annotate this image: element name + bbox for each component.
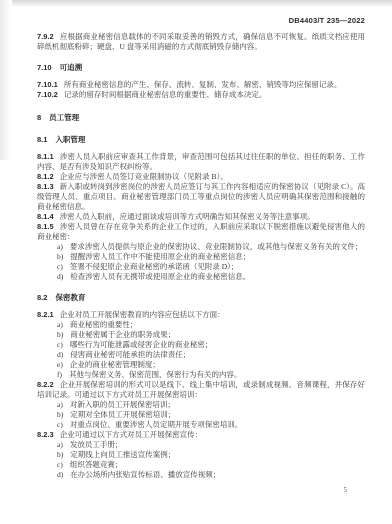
block-text: 涉密人员曾在存在竞争关系的企业工作过的，入职前应采取以下脱密措施以避免侵害他人的…	[37, 222, 365, 241]
list-item-letter: f)	[57, 370, 62, 379]
list-item-letter: a)	[57, 242, 63, 251]
clause-number: 7.9.2	[37, 32, 54, 41]
block-text: 对新入职的员工开展保密培训；	[70, 400, 175, 409]
list-item: b)定期对全体员工开展保密培训；	[37, 410, 365, 420]
list-item-letter: d)	[57, 470, 63, 479]
block-text: 检查涉密人员有无携带或使用原企业的商业秘密信息。	[70, 272, 250, 281]
block-text: 企业对员工开展保密教育的内容应包括以下方面：	[60, 310, 225, 319]
doc-code-header: DB4403/T 235—2022	[37, 16, 365, 25]
block-text: 其他与保密义务、保密范围、保密行为有关的内容。	[69, 370, 242, 379]
list-item-letter: c)	[57, 262, 63, 271]
list-item-letter: b)	[57, 330, 63, 339]
block-text: 员工管理	[49, 113, 79, 122]
block-text: 企业的商业秘密管理制度；	[70, 360, 160, 369]
list-item: e)企业的商业秘密管理制度；	[37, 360, 365, 370]
clause-number: 7.10.1	[37, 80, 58, 89]
list-item: a)对新入职的员工开展保密培训；	[37, 400, 365, 410]
list-item: c)对重点岗位、重要涉密人员定期开展专项保密培训。	[37, 420, 365, 430]
heading-8.2: 8.2保密教育	[37, 293, 365, 303]
page-body: DB4403/T 235—2022 7.9.2应根据商业秘密信息载体的不同采取妥…	[10, 6, 392, 480]
block-text: 定期线上向员工推送宣传案例；	[70, 450, 175, 459]
clause-8.2.2: 8.2.2企业开展保密培训的形式可以是线下、线上集中培训，或录制成视频、音频课程…	[37, 380, 365, 400]
clause-number: 7.10	[37, 63, 52, 72]
clause-number: 8.1	[37, 135, 47, 144]
block-text: 侵害商业秘密可能承担的法律责任；	[70, 350, 190, 359]
block-text: 签署不侵犯原企业商业秘密的承诺函（见附录 D）；	[70, 262, 239, 271]
clause-8.2.1: 8.2.1企业对员工开展保密教育的内容应包括以下方面：	[37, 310, 365, 320]
list-item-letter: c)	[57, 340, 63, 349]
list-item-letter: d)	[57, 272, 63, 281]
list-item: b)提醒涉密人员工作中不能使用原企业的商业秘密信息；	[37, 252, 365, 262]
block-text: 商业秘密属于企业的职务成果；	[70, 330, 175, 339]
list-item: a)商业秘密的重要性；	[37, 320, 365, 330]
clause-8.1.4: 8.1.4涉密人员入职前，应通过面谈或培训等方式明确告知其保密义务等注意事项。	[37, 212, 365, 222]
clause-8.1.3: 8.1.3新入职或转岗到涉密岗位的涉密人员应签订与其工作内容相适应的保密协议（见…	[37, 182, 365, 212]
document-content: 7.9.2应根据商业秘密信息载体的不同采取妥善的销毁方式，确保信息不可恢复。纸质…	[37, 32, 365, 480]
list-item-letter: e)	[57, 360, 63, 369]
list-item-letter: b)	[57, 252, 63, 261]
block-text: 提醒涉密人员工作中不能使用原企业的商业秘密信息；	[70, 252, 250, 261]
block-text: 入职管理	[55, 135, 85, 144]
block-text: 组织答题竞赛；	[70, 460, 123, 469]
clause-7.10.2: 7.10.2记录的留存时间根据商业秘密信息的重要性、储存成本决定。	[37, 90, 365, 100]
clause-number: 8.2.2	[37, 380, 54, 389]
heading-7.10: 7.10可追溯	[37, 63, 365, 73]
list-item-letter: b)	[57, 450, 63, 459]
list-item: d)检查涉密人员有无携带或使用原企业的商业秘密信息。	[37, 272, 365, 282]
clause-number: 8.1.1	[37, 152, 54, 161]
block-text: 企业应与涉密人员签订竞业限制协议（见附录 B）。	[60, 172, 228, 181]
clause-number: 8.1.3	[37, 182, 54, 191]
list-item: d)在办公场所内张贴宣传标语、播放宣传视频；	[37, 470, 365, 480]
list-item: c)签署不侵犯原企业商业秘密的承诺函（见附录 D）；	[37, 262, 365, 272]
clause-7.9.2: 7.9.2应根据商业秘密信息载体的不同采取妥善的销毁方式，确保信息不可恢复。纸质…	[37, 32, 365, 52]
block-text: 新入职或转岗到涉密岗位的涉密人员应签订与其工作内容相适应的保密协议（见附录 C）…	[37, 182, 365, 211]
block-text: 定期对全体员工开展保密培训；	[70, 410, 175, 419]
block-text: 商业秘密的重要性；	[70, 320, 138, 329]
clause-8.2.3: 8.2.3企业可通过以下方式对员工开展保密宣传：	[37, 430, 365, 440]
heading-8: 8员工管理	[37, 113, 365, 123]
clause-8.1.5: 8.1.5涉密人员曾在存在竞争关系的企业工作过的，入职前应采取以下脱密措施以避免…	[37, 222, 365, 242]
block-text: 保密教育	[55, 293, 85, 302]
list-item: d)侵害商业秘密可能承担的法律责任；	[37, 350, 365, 360]
block-text: 涉密人员入职前，应通过面谈或培训等方式明确告知其保密义务等注意事项。	[60, 212, 315, 221]
block-text: 要求涉密人员提供与原企业的保密协议、竞业限制协议，或其他与保密义务有关的文件；	[70, 242, 363, 251]
clause-number: 8.1.5	[37, 222, 54, 231]
list-item: a)发放员工手册；	[37, 440, 365, 450]
block-text: 企业开展保密培训的形式可以是线下、线上集中培训，或录制成视频、音频课程，并保存好…	[37, 380, 365, 399]
clause-number: 8.2	[37, 293, 47, 302]
list-item: c)哪些行为可能泄露或侵害企业的商业秘密；	[37, 340, 365, 350]
page-number: 5	[344, 486, 348, 494]
block-text: 在办公场所内张贴宣传标语、播放宣传视频；	[70, 470, 220, 479]
list-item-letter: c)	[57, 460, 63, 469]
block-text: 哪些行为可能泄露或侵害企业的商业秘密；	[70, 340, 213, 349]
clause-number: 7.10.2	[37, 90, 58, 99]
list-item-letter: a)	[57, 320, 63, 329]
block-text: 发放员工手册；	[70, 440, 123, 449]
list-item-letter: b)	[57, 410, 63, 419]
clause-number: 8.1.2	[37, 172, 54, 181]
block-text: 所有商业秘密信息的产生、保存、流转、复制、发布、解密、销毁等均应保留记录。	[64, 80, 342, 89]
block-text: 可追溯	[60, 63, 83, 72]
block-text: 应根据商业秘密信息载体的不同采取妥善的销毁方式，确保信息不可恢复。纸质文档应使用…	[37, 32, 365, 51]
clause-8.1.1: 8.1.1涉密人员入职前应审查其工作背景，审查范围可包括其过往任职的单位、担任的…	[37, 152, 365, 172]
block-text: 涉密人员入职前应审查其工作背景，审查范围可包括其过往任职的单位、担任的职务、工作…	[37, 152, 365, 171]
clause-7.10.1: 7.10.1所有商业秘密信息的产生、保存、流转、复制、发布、解密、销毁等均应保留…	[37, 80, 365, 90]
list-item: b)定期线上向员工推送宣传案例；	[37, 450, 365, 460]
block-text: 记录的留存时间根据商业秘密信息的重要性、储存成本决定。	[64, 90, 267, 99]
clause-number: 8.2.1	[37, 310, 54, 319]
list-item-letter: d)	[57, 350, 63, 359]
document-page: DB4403/T 235—2022 7.9.2应根据商业秘密信息载体的不同采取妥…	[10, 6, 392, 524]
clause-number: 8	[37, 113, 41, 122]
clause-number: 8.1.4	[37, 212, 54, 221]
heading-8.1: 8.1入职管理	[37, 135, 365, 145]
list-item: a)要求涉密人员提供与原企业的保密协议、竞业限制协议，或其他与保密义务有关的文件…	[37, 242, 365, 252]
list-item: f)其他与保密义务、保密范围、保密行为有关的内容。	[37, 370, 365, 380]
block-text: 对重点岗位、重要涉密人员定期开展专项保密培训。	[70, 420, 243, 429]
block-text: 企业可通过以下方式对员工开展保密宣传：	[60, 430, 203, 439]
list-item-letter: a)	[57, 400, 63, 409]
list-item: c)组织答题竞赛；	[37, 460, 365, 470]
clause-number: 8.2.3	[37, 430, 54, 439]
list-item-letter: c)	[57, 420, 63, 429]
list-item-letter: a)	[57, 440, 63, 449]
pdf-viewport: DB4403/T 235—2022 7.9.2应根据商业秘密信息载体的不同采取妥…	[0, 0, 392, 524]
clause-8.1.2: 8.1.2企业应与涉密人员签订竞业限制协议（见附录 B）。	[37, 172, 365, 182]
list-item: b)商业秘密属于企业的职务成果；	[37, 330, 365, 340]
